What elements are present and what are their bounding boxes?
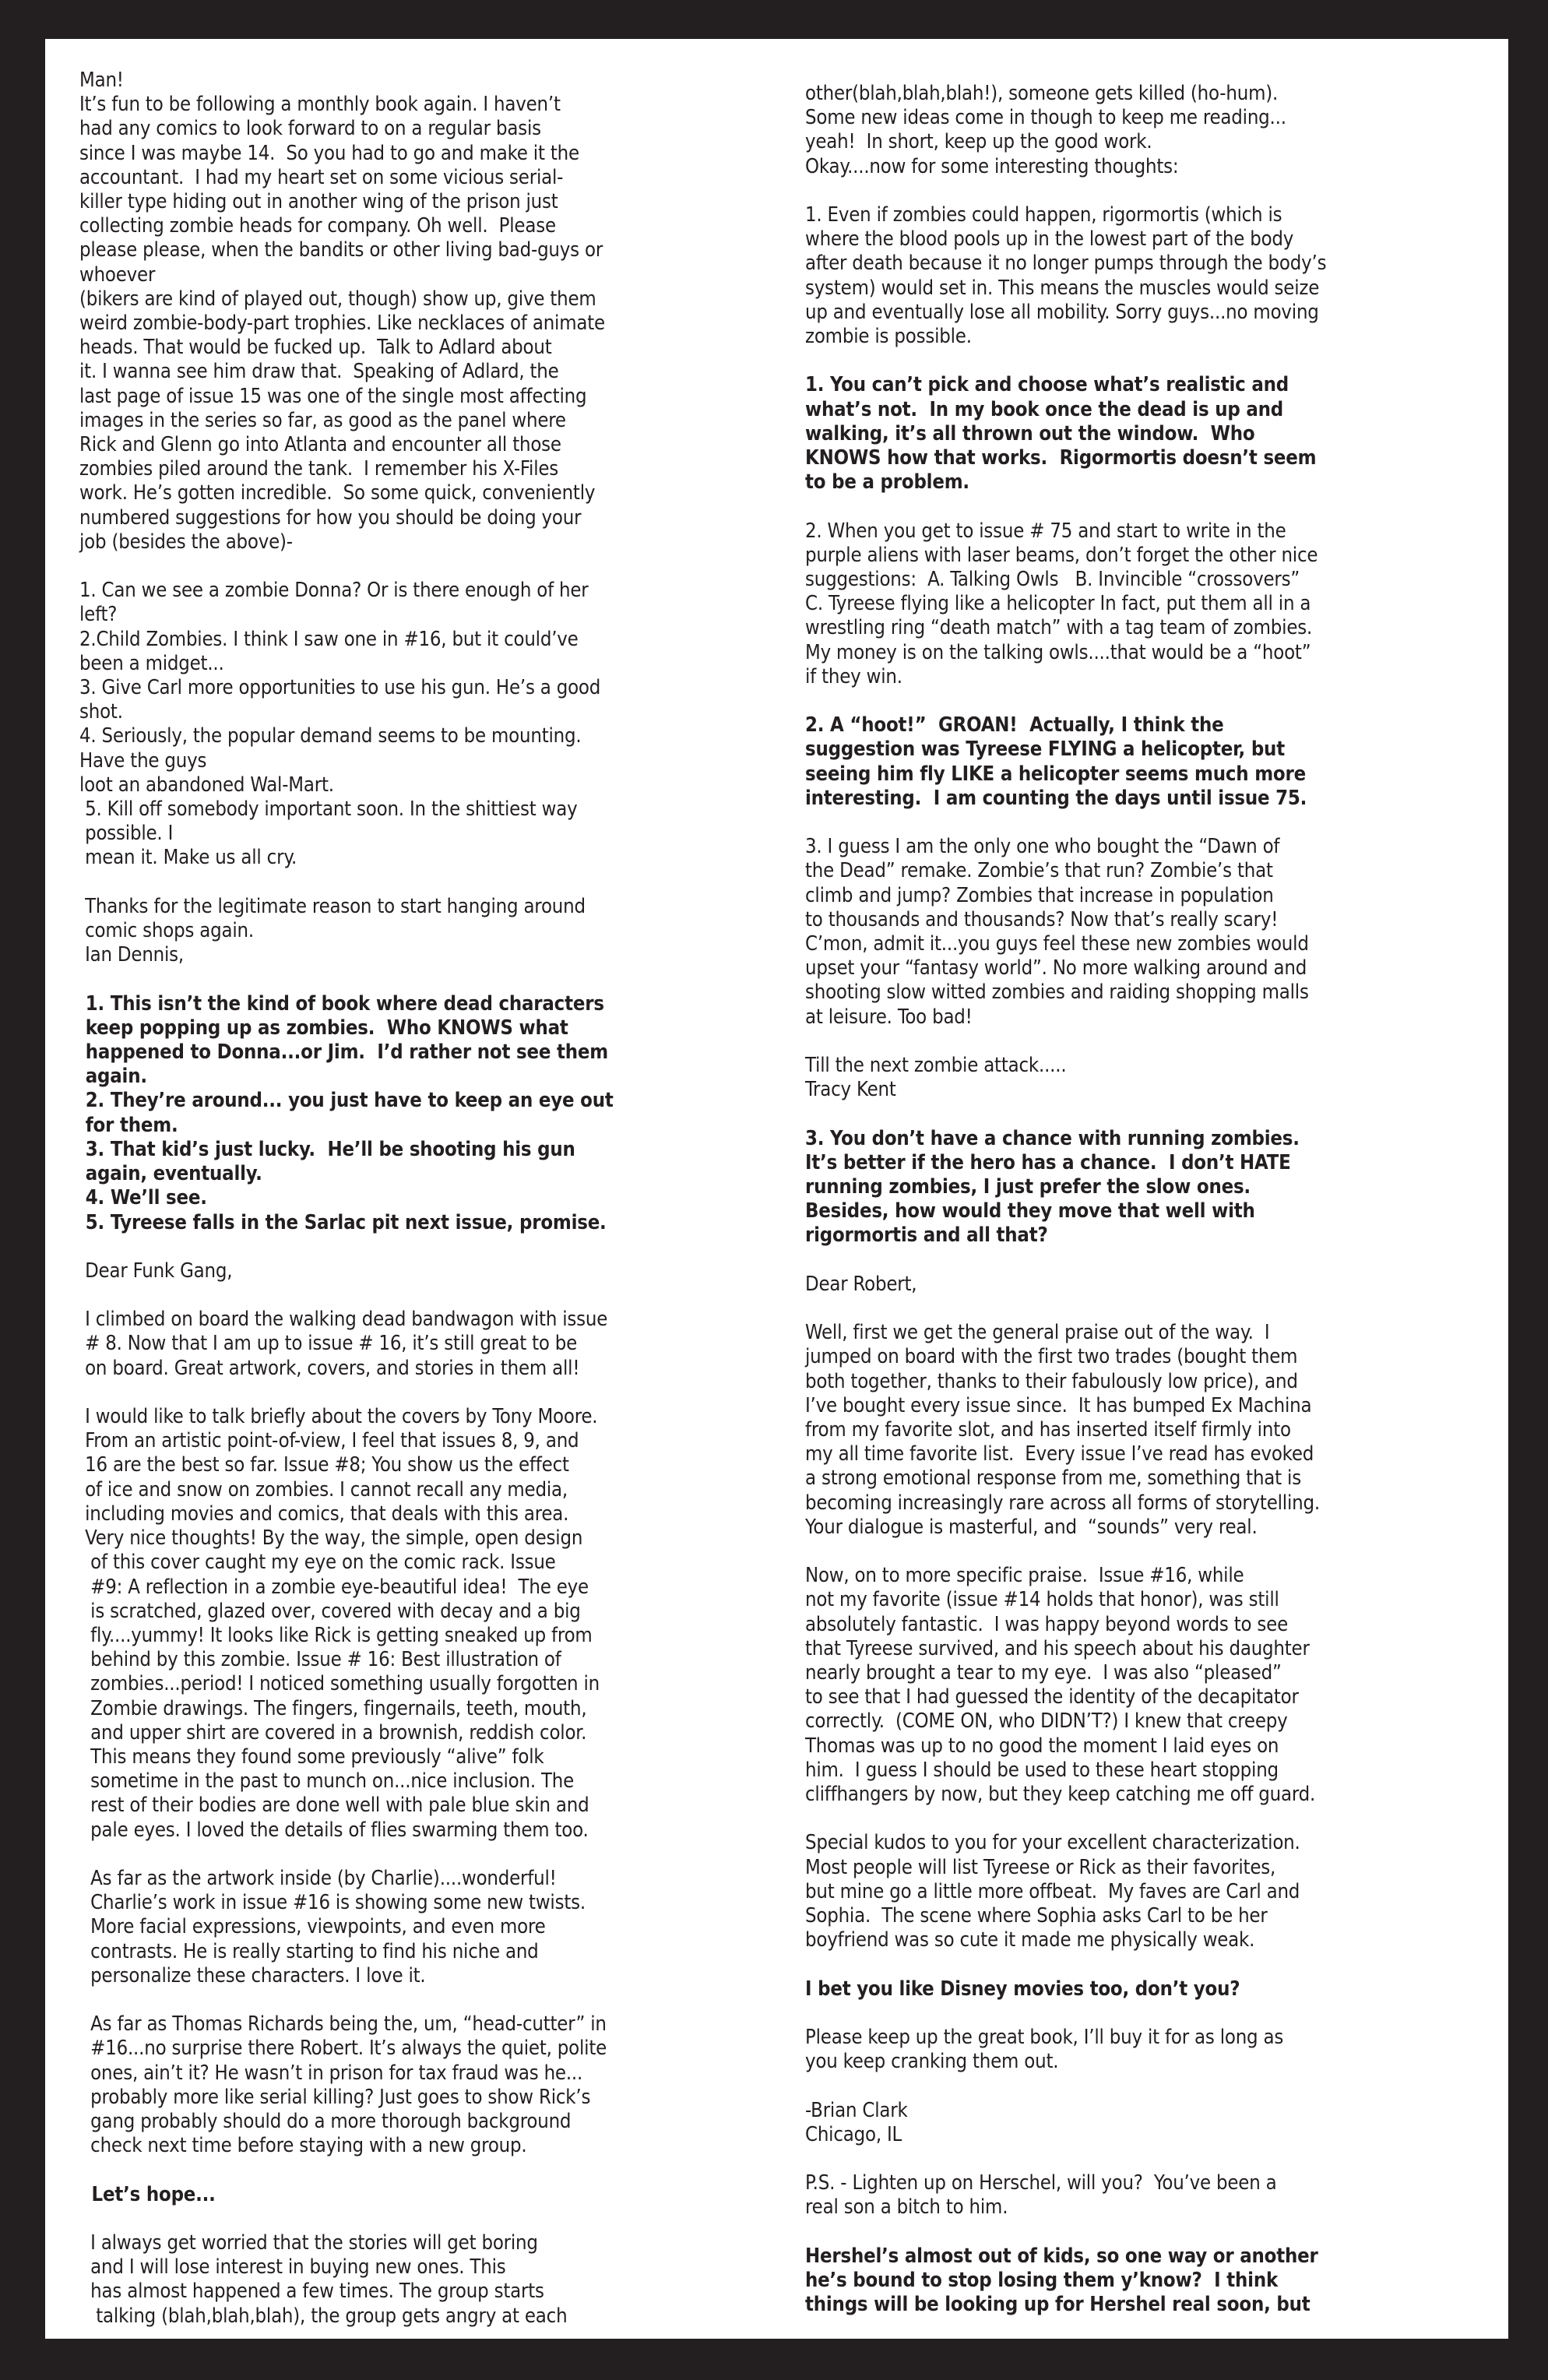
text-line: had any comics to look forward to on a r… [79,117,780,141]
reader-letter: 3. I guess I am the only one who bought … [805,835,1490,1030]
reader-letter: 2. When you get to issue # 75 and start … [805,519,1490,689]
paragraph-spacer [79,1988,780,2012]
text-line: Some new ideas come in though to keep me… [805,106,1490,130]
reader-letter: 1. Even if zombies could happen, rigormo… [805,203,1490,349]
text-line: other(blah,blah,blah!), someone gets kil… [805,82,1490,106]
text-line: both together, thanks to their fabulousl… [805,1370,1490,1394]
paragraph-spacer [805,1807,1490,1831]
text-line: Special kudos to you for your excellent … [805,1831,1490,1855]
reader-letter: 1. Can we see a zombie Donna? Or is ther… [79,579,780,870]
text-line: -Brian Clark [805,2099,1490,2123]
reader-letter: Till the next zombie attack.....Tracy Ke… [805,1054,1490,1102]
text-line: left? [79,603,780,627]
text-line: collecting zombie heads for company. Oh … [79,214,780,238]
text-line: pale eyes. I loved the details of flies … [79,1818,780,1843]
text-line: if they win. [805,665,1490,689]
reader-letter: Thanks for the legitimate reason to star… [79,895,780,968]
text-line: shooting slow witted zombies and raiding… [805,981,1490,1005]
reader-letter: Dear Funk Gang, [79,1259,780,1283]
text-line: killer type hiding out in another wing o… [79,190,780,214]
text-line: at leisure. Too bad! [805,1005,1490,1030]
text-line: zombie is possible. [805,325,1490,349]
text-line: C. Tyreese flying like a helicopter In f… [805,592,1490,616]
text-line: zombies piled around the tank. I remembe… [79,457,780,481]
paragraph-spacer [79,967,780,991]
text-line: on board. Great artwork, covers, and sto… [79,1357,780,1381]
text-line: rest of their bodies are done well with … [79,1794,780,1818]
text-line: As far as Thomas Richards being the, um,… [79,2012,780,2037]
left-column: Man!It’s fun to be following a monthly b… [79,69,780,2329]
text-line: shot. [79,700,780,724]
text-line: him. I guess I should be used to these h… [805,1759,1490,1783]
text-line: loot an abandoned Wal-Mart. [79,773,780,797]
paragraph-spacer [805,2074,1490,2098]
text-line: (bikers are kind of played out, though) … [79,287,780,312]
text-line: boyfriend was so cute it made me physica… [805,1928,1490,1952]
text-line: I’ve bought every issue since. It has bu… [805,1394,1490,1418]
text-line: has almost happened a few times. The gro… [79,2280,780,2304]
text-line: Tracy Kent [805,1078,1490,1102]
text-line: from my favorite slot, and has inserted … [805,1418,1490,1442]
text-line: My money is on the talking owls....that … [805,641,1490,665]
text-line: Let’s hope... [79,2183,780,2207]
text-line: since I was maybe 14. So you had to go a… [79,142,780,166]
text-line: climb and jump? Zombies that increase in… [805,884,1490,908]
text-line: Sophia. The scene where Sophia asks Carl… [805,1904,1490,1928]
text-line: images in the series so far, as good as … [79,409,780,433]
text-line: C’mon, admit it...you guys feel these ne… [805,932,1490,956]
text-line: Hershel’s almost out of kids, so one way… [805,2244,1490,2269]
reader-letter: P.S. - Lighten up on Herschel, will you?… [805,2171,1490,2220]
reader-letter: Well, first we get the general praise ou… [805,1321,1490,1540]
paragraph-spacer [805,1248,1490,1273]
text-line: 3. Give Carl more opportunities to use h… [79,676,780,700]
text-line: wrestling ring “death match” with a tag … [805,616,1490,640]
text-line: whoever [79,263,780,287]
text-line: not my favorite (issue #14 holds that ho… [805,1588,1490,1612]
paragraph-spacer [805,2220,1490,2244]
text-line: I would like to talk briefly about the c… [79,1405,780,1429]
text-line: but mine go a little more offbeat. My fa… [805,1880,1490,1904]
text-line: zombies...period! I noticed something us… [79,1672,780,1696]
text-line: heads. That would be fucked up. Talk to … [79,336,780,360]
text-line: yeah! In short, keep up the good work. [805,130,1490,154]
reader-letter: As far as the artwork inside (by Charlie… [79,1867,780,1988]
text-line: happened to Donna...or Jim. I’d rather n… [79,1040,780,1065]
text-line: work. He’s gotten incredible. So some qu… [79,481,780,505]
text-line: Most people will list Tyreese or Rick as… [805,1856,1490,1880]
text-line: 4. Seriously, the popular demand seems t… [79,724,780,748]
text-line: mean it. Make us all cry. [79,846,780,870]
text-line: I always get worried that the stories wi… [79,2231,780,2255]
text-line: # 8. Now that I am up to issue # 16, it’… [79,1332,780,1356]
paragraph-spacer [805,1030,1490,1054]
text-line: and I will lose interest in buying new o… [79,2255,780,2280]
text-line: More facial expressions, viewpoints, and… [79,1915,780,1939]
text-line: Charlie’s work in issue #16 is showing s… [79,1891,780,1915]
text-line: Please keep up the great book, I’ll buy … [805,2026,1490,2050]
text-line: #16...no surprise there Robert. It’s alw… [79,2037,780,2061]
text-line: accountant. I had my heart set on some v… [79,166,780,190]
text-line: walking, it’s all thrown out the window.… [805,422,1490,446]
text-line: and upper shirt are covered in a brownis… [79,1721,780,1745]
text-line: comic shops again. [79,919,780,943]
text-line: interesting. I am counting the days unti… [805,787,1490,811]
text-line: 1. You can’t pick and choose what’s real… [805,373,1490,397]
text-line: It’s better if the hero has a chance. I … [805,1151,1490,1175]
paragraph-spacer [805,811,1490,835]
paragraph-spacer [805,2147,1490,2171]
text-line: of ice and snow on zombies. I cannot rec… [79,1478,780,1502]
text-line: probably more like serial killing? Just … [79,2086,780,2110]
text-line: been a midget... [79,652,780,676]
text-line: Your dialogue is masterful, and “sounds”… [805,1516,1490,1540]
text-line: seeing him fly LIKE a helicopter seems m… [805,762,1490,787]
text-line: talking (blah,blah,blah), the group gets… [79,2304,780,2329]
text-line: system) would set in. This means the mus… [805,276,1490,301]
text-line: Till the next zombie attack..... [805,1054,1490,1078]
paragraph-spacer [805,1952,1490,1977]
text-line: things will be looking up for Hershel re… [805,2293,1490,2317]
text-line: cliffhangers by now, but they keep catch… [805,1783,1490,1807]
text-line: Thanks for the legitimate reason to star… [79,895,780,919]
reader-letter: Dear Robert, [805,1273,1490,1297]
text-line: It’s fun to be following a monthly book … [79,93,780,117]
paragraph-spacer [805,179,1490,203]
text-line: nearly brought a tear to my eye. I was a… [805,1661,1490,1685]
text-line: Now, on to more specific praise. Issue #… [805,1564,1490,1588]
text-line: Very nice thoughts! By the way, the simp… [79,1526,780,1551]
text-line: behind by this zombie. Issue # 16: Best … [79,1648,780,1672]
text-line: Dear Robert, [805,1273,1490,1297]
reader-letter: Man!It’s fun to be following a monthly b… [79,69,780,555]
text-line: 3. I guess I am the only one who bought … [805,835,1490,859]
editor-reply: Hershel’s almost out of kids, so one way… [805,2244,1490,2318]
paragraph-spacer [79,1283,780,1308]
text-line: 2. A “hoot!” GROAN! Actually, I think th… [805,713,1490,738]
editor-reply: 1. You can’t pick and choose what’s real… [805,373,1490,495]
text-line: 2.Child Zombies. I think I saw one in #1… [79,628,780,652]
editor-reply: 3. You don’t have a chance with running … [805,1127,1490,1248]
text-line: numbered suggestions for how you should … [79,506,780,530]
text-line: upset your “fantasy world”. No more walk… [805,956,1490,981]
text-line: 4. We’ll see. [79,1186,780,1210]
text-line: absolutely fantastic. I was happy beyond… [805,1613,1490,1637]
text-line: keep popping up as zombies. Who KNOWS wh… [79,1016,780,1040]
text-line: ones, ain’t it? He wasn’t in prison for … [79,2061,780,2086]
editor-reply: 1. This isn’t the kind of book where dea… [79,992,780,1235]
paragraph-spacer [79,1235,780,1259]
text-line: Man! [79,69,780,93]
text-line: As far as the artwork inside (by Charlie… [79,1867,780,1891]
text-line: my all time favorite list. Every issue I… [805,1442,1490,1466]
text-line: Dear Funk Gang, [79,1259,780,1283]
reader-letter: -Brian ClarkChicago, IL [805,2099,1490,2147]
paragraph-spacer [79,1843,780,1867]
text-line: 16 are the best so far. Issue #8; You sh… [79,1453,780,1477]
paragraph-spacer [79,871,780,895]
reader-letter: I would like to talk briefly about the c… [79,1405,780,1843]
text-line: is scratched, glazed over, covered with … [79,1600,780,1624]
text-line: purple aliens with laser beams, don’t fo… [805,544,1490,568]
text-line: a strong emotional response from me, som… [805,1466,1490,1491]
text-line: again. [79,1065,780,1089]
text-line: that Tyreese survived, and his speech ab… [805,1637,1490,1661]
reader-letter: Special kudos to you for your excellent … [805,1831,1490,1952]
text-line: 1. Even if zombies could happen, rigormo… [805,203,1490,227]
text-line: please please, when the bandits or other… [79,238,780,262]
paragraph-spacer [805,689,1490,713]
text-line: again, eventually. [79,1162,780,1186]
right-column: other(blah,blah,blah!), someone gets kil… [805,82,1490,2317]
text-line: P.S. - Lighten up on Herschel, will you?… [805,2171,1490,2195]
paragraph-spacer [805,349,1490,373]
reader-letter: Now, on to more specific praise. Issue #… [805,1564,1490,1807]
text-line: #9: A reflection in a zombie eye-beautif… [79,1576,780,1600]
text-line: fly....yummy! It looks like Rick is gett… [79,1624,780,1648]
text-line: the Dead” remake. Zombie’s that run? Zom… [805,859,1490,883]
text-line: to thousands and thousands? Now that’s r… [805,908,1490,932]
text-line: what’s not. In my book once the dead is … [805,398,1490,422]
text-line: check next time before staying with a ne… [79,2134,780,2158]
text-line: including movies and comics, that deals … [79,1502,780,1526]
text-line: becoming increasingly rare across all fo… [805,1491,1490,1516]
text-line: weird zombie-body-part trophies. Like ne… [79,312,780,336]
text-line: suggestion was Tyreese FLYING a helicopt… [805,738,1490,762]
text-line: he’s bound to stop losing them y’know? I… [805,2269,1490,2293]
text-line: for them. [79,1114,780,1138]
reader-letter: Please keep up the great book, I’ll buy … [805,2026,1490,2074]
text-line: 3. You don’t have a chance with running … [805,1127,1490,1151]
text-line: 2. When you get to issue # 75 and start … [805,519,1490,544]
text-line: sometime in the past to munch on...nice … [79,1769,780,1794]
text-line: it. I wanna see him draw that. Speaking … [79,360,780,384]
text-line: suggestions: A. Talking Owls B. Invincib… [805,568,1490,592]
text-line: This means they found some previously “a… [79,1745,780,1769]
text-line: 1. Can we see a zombie Donna? Or is ther… [79,579,780,603]
reader-letter: I always get worried that the stories wi… [79,2231,780,2329]
text-line: Okay....now for some interesting thought… [805,155,1490,179]
text-line: Rick and Glenn go into Atlanta and encou… [79,433,780,457]
text-line: rigormortis and all that? [805,1223,1490,1248]
text-line: where the blood pools up in the lowest p… [805,227,1490,252]
paragraph-spacer [805,1540,1490,1564]
text-line: job (besides the above)- [79,530,780,555]
text-line: Well, first we get the general praise ou… [805,1321,1490,1345]
text-line: possible. I [79,822,780,846]
text-line: correctly. (COME ON, who DIDN’T?) I knew… [805,1709,1490,1734]
text-line: KNOWS how that works. Rigormortis doesn’… [805,446,1490,470]
text-line: to see that I had guessed the identity o… [805,1685,1490,1709]
paragraph-spacer [805,1297,1490,1321]
reader-letter: other(blah,blah,blah!), someone gets kil… [805,82,1490,179]
editor-reply: Let’s hope... [79,2183,780,2207]
text-line: 5. Kill off somebody important soon. In … [79,797,780,822]
text-line: Zombie drawings. The fingers, fingernail… [79,1697,780,1721]
text-line: contrasts. He is really starting to find… [79,1940,780,1964]
editor-reply: 2. A “hoot!” GROAN! Actually, I think th… [805,713,1490,811]
text-line: I bet you like Disney movies too, don’t … [805,1977,1490,2002]
reader-letter: As far as Thomas Richards being the, um,… [79,2012,780,2158]
text-line: jumped on board with the first two trade… [805,1345,1490,1369]
text-line: 1. This isn’t the kind of book where dea… [79,992,780,1016]
text-line: up and eventually lose all mobility. Sor… [805,301,1490,325]
text-line: last page of issue 15 was one of the sin… [79,385,780,409]
text-line: to be a problem. [805,470,1490,495]
text-line: 2. They’re around... you just have to ke… [79,1089,780,1113]
text-line: Ian Dennis, [79,943,780,967]
text-line: running zombies, I just prefer the slow … [805,1175,1490,1199]
text-line: Have the guys [79,749,780,773]
paragraph-spacer [79,1381,780,1405]
text-line: gang probably should do a more thorough … [79,2110,780,2134]
paragraph-spacer [805,2002,1490,2026]
text-line: From an artistic point-of-view, I feel t… [79,1429,780,1453]
text-line: after death because it no longer pumps t… [805,252,1490,276]
text-line: I climbed on board the walking dead band… [79,1308,780,1332]
text-line: of this cover caught my eye on the comic… [79,1551,780,1575]
paragraph-spacer [79,2207,780,2231]
reader-letter: I climbed on board the walking dead band… [79,1308,780,1381]
text-line: personalize these characters. I love it. [79,1964,780,1988]
letters-page: Man!It’s fun to be following a monthly b… [45,39,1508,2339]
text-line: Chicago, IL [805,2123,1490,2147]
paragraph-spacer [79,2158,780,2182]
text-line: 3. That kid’s just lucky. He’ll be shoot… [79,1138,780,1162]
paragraph-spacer [79,555,780,579]
text-line: Besides, how would they move that well w… [805,1199,1490,1223]
paragraph-spacer [805,1102,1490,1126]
text-line: Thomas was up to no good the moment I la… [805,1734,1490,1759]
paragraph-spacer [805,495,1490,519]
editor-reply: I bet you like Disney movies too, don’t … [805,1977,1490,2002]
text-line: you keep cranking them out. [805,2050,1490,2074]
text-line: real son a bitch to him. [805,2195,1490,2220]
text-line: 5. Tyreese falls in the Sarlac pit next … [79,1211,780,1235]
